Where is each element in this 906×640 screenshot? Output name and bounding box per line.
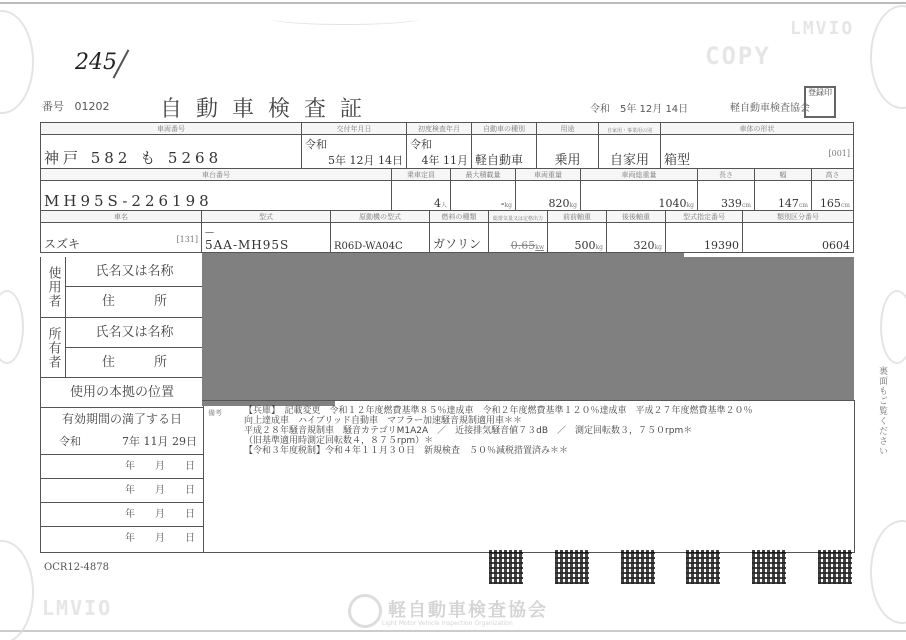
model-cell: — 5AA-MH95S — [202, 223, 331, 253]
issuer-name: 軽自動車検査協会 — [730, 99, 810, 114]
remarks-line-5: 【令和３年度税制】令和４年１１月３０日 新規検査 ５０％減税措置済み＊＊ — [244, 446, 844, 456]
first-inspection-cell: 令和 4年 11月 — [407, 135, 472, 169]
renewal-row-2: 年 月 日 — [41, 479, 203, 503]
body-shape-cell: 箱型 [001] — [661, 135, 854, 169]
chassis-number: MH95S-226198 — [41, 181, 392, 211]
front-axle: 500 — [575, 239, 596, 252]
hdr-rear-axle: 後後軸重 — [607, 211, 666, 223]
issue-era: 令和 — [305, 136, 403, 152]
hdr-body-shape: 車体の形状 — [661, 123, 854, 135]
maker-cell: スズキ [131] — [41, 223, 202, 253]
hdr-issue-date: 交付年月日 — [302, 123, 407, 135]
hdr-first-inspection: 初度検査年月 — [407, 123, 472, 135]
length: 339 — [721, 197, 742, 210]
hdr-plate: 車両番号 — [41, 123, 302, 135]
usage: 乗用 — [537, 135, 599, 169]
height: 165 — [820, 197, 841, 210]
renewal-row-1: 年 月 日 — [41, 455, 203, 479]
hdr-front-axle: 前前軸重 — [548, 211, 607, 223]
capacity-unit: 人 — [441, 202, 447, 209]
type-designation: 19390 — [666, 223, 743, 253]
footer-logo-text: 軽自動車検査協会 — [388, 596, 548, 622]
top-border — [0, 2, 906, 4]
issue-date-value: 5年 12月 14日 — [305, 152, 403, 168]
vehicle-weight-unit: kg — [570, 202, 577, 209]
top-ornament — [270, 12, 420, 25]
serial-number-label: 番号 — [42, 100, 64, 113]
side-ornament-right — [880, 290, 906, 364]
validity-date-row: 令和 7年 11月 29日 — [41, 430, 203, 455]
max-load-cell: -kg — [451, 181, 516, 211]
model: 5AA-MH95S — [205, 238, 327, 252]
hdr-type-designation: 型式指定番号 — [666, 211, 743, 223]
hdr-width: 幅 — [755, 169, 812, 181]
gross-weight: 1040 — [659, 197, 687, 210]
corner-ornament-bottom-right — [870, 520, 906, 624]
hdr-model: 型式 — [202, 211, 331, 223]
hdr-usage: 用途 — [537, 123, 599, 135]
user-label-cell: 使用者 — [41, 257, 66, 318]
owner-section: 使用者 氏名又は名称 住 所 所有者 氏名又は名称 住 所 使用の本拠の位置 — [40, 257, 204, 408]
serial-number: 番号 01202 — [42, 98, 110, 114]
corner-ornament-top-left — [0, 10, 34, 114]
private-commercial: 自家用 — [599, 135, 661, 169]
validity-date: 7年 11月 29日 — [122, 430, 197, 454]
base-location-label: 使用の本拠の位置 — [41, 378, 203, 407]
ocr-code: OCR12-4878 — [44, 562, 109, 573]
row2-table: 車台番号 乗車定員 最大積載量 車両重量 車両総重量 長さ 幅 高さ MH95S… — [40, 168, 854, 211]
side-note: 裏面もご覧ください — [876, 366, 889, 456]
validity-label: 有効期間の満了する日 — [41, 408, 203, 430]
engine-model: R06D-WA04C — [331, 223, 430, 253]
side-ornament-left — [0, 290, 24, 364]
vehicle-class: 軽自動車 — [472, 135, 537, 169]
displacement-cell: 0.65kw — [489, 223, 548, 253]
remarks-label: 備考 — [208, 408, 222, 418]
length-unit: cm — [742, 202, 751, 209]
issue-date-cell: 令和 5年 12月 14日 — [302, 135, 407, 169]
issue-date: 令和 5年 12月 14日 — [590, 100, 688, 115]
model-dash: — — [205, 229, 327, 238]
qr-code-4 — [686, 550, 720, 584]
owner-label: 所有者 — [44, 327, 63, 369]
remarks-line-1: 【兵庫】 記載変更 令和１２年度燃費基準８５％達成車 令和２年度燃費基準１２０％… — [244, 406, 844, 416]
front-axle-cell: 500kg — [548, 223, 607, 253]
validity-era: 令和 — [59, 435, 81, 448]
hdr-capacity: 乗車定員 — [392, 169, 451, 181]
remarks-line-3: 平成２８年騒音規制車 騒音カテゴリM1A2A ／ 近接排気騒音値７３dB ／ 測… — [244, 426, 844, 436]
renewal-date-4: 年 月 日 — [125, 533, 195, 544]
footer-logo-subtitle: Light Motor Vehicle Inspection Organizat… — [382, 620, 513, 627]
height-unit: cm — [841, 202, 850, 209]
qr-code-6 — [818, 550, 852, 584]
owner-address-label: 住 所 — [66, 348, 203, 378]
watermark-lmvio-top: LMVIO — [790, 18, 854, 39]
width-cell: 147cm — [755, 181, 812, 211]
vehicle-weight: 820 — [549, 197, 570, 210]
qr-code-1 — [489, 550, 523, 584]
hdr-maker: 車名 — [41, 211, 202, 223]
fuel: ガソリン — [430, 223, 489, 253]
owner-label-cell: 所有者 — [41, 318, 66, 378]
rear-axle-cell: 320kg — [607, 223, 666, 253]
watermark-lmvio-bottom: LMVIO — [42, 596, 112, 620]
body-shape-code: [001] — [828, 149, 850, 158]
hdr-max-load: 最大積載量 — [451, 169, 516, 181]
remarks-text: 【兵庫】 記載変更 令和１２年度燃費基準８５％達成車 令和２年度燃費基準１２０％… — [244, 406, 844, 456]
qr-code-3 — [621, 550, 655, 584]
displacement-unit: kw — [535, 244, 544, 251]
row1-table: 車両番号 交付年月日 初度検査年月 自動車の種別 用途 自家用・事業用の別 車体… — [40, 122, 854, 169]
remarks-section: 備考 【兵庫】 記載変更 令和１２年度燃費基準８５％達成車 令和２年度燃費基準１… — [202, 400, 855, 553]
qr-code-2 — [555, 550, 589, 584]
remarks-line-4: （旧基準適用時測定回転数４，８７５rpm）＊ — [244, 436, 844, 446]
vehicle-weight-cell: 820kg — [516, 181, 581, 211]
renewal-date-2: 年 月 日 — [125, 485, 195, 496]
footer-logo-icon — [348, 594, 382, 628]
hdr-fuel: 燃料の種類 — [430, 211, 489, 223]
body-shape: 箱型 — [664, 153, 690, 168]
capacity: 4 — [434, 197, 441, 210]
watermark-copy: COPY — [705, 42, 771, 70]
front-axle-unit: kg — [596, 244, 603, 251]
hdr-gross-weight: 車両総重量 — [581, 169, 698, 181]
renewal-row-4: 年 月 日 — [41, 527, 203, 551]
renewal-row-3: 年 月 日 — [41, 503, 203, 527]
serial-number-value: 01202 — [75, 100, 110, 113]
max-load-unit: kg — [505, 202, 512, 209]
corner-ornament-top-right — [870, 5, 906, 109]
maker-code: [131] — [176, 235, 198, 244]
plate-number: 神戸 582 も 5268 — [41, 135, 302, 169]
hdr-vehicle-weight: 車両重量 — [516, 169, 581, 181]
width-unit: cm — [799, 202, 808, 209]
height-cell: 165cm — [812, 181, 854, 211]
hdr-chassis: 車台番号 — [41, 169, 392, 181]
hdr-displacement: 総排気量又は定格出力 — [489, 211, 548, 223]
renewal-date-3: 年 月 日 — [125, 509, 195, 520]
user-name-label: 氏名又は名称 — [66, 257, 203, 287]
gross-weight-cell: 1040kg — [581, 181, 698, 211]
bottom-border — [0, 630, 906, 632]
displacement: 0.65 — [511, 239, 536, 252]
rear-axle: 320 — [634, 239, 655, 252]
qr-code-5 — [752, 550, 786, 584]
first-inspection-era: 令和 — [410, 136, 468, 152]
maker: スズキ — [44, 237, 80, 251]
hdr-category-number: 類別区分番号 — [743, 211, 854, 223]
owner-name-label: 氏名又は名称 — [66, 318, 203, 348]
user-address-label: 住 所 — [66, 287, 203, 318]
length-cell: 339cm — [698, 181, 755, 211]
first-inspection-value: 4年 11月 — [410, 152, 468, 168]
hdr-length: 長さ — [698, 169, 755, 181]
rear-axle-unit: kg — [655, 244, 662, 251]
document-title: 自動車検査証 — [160, 92, 376, 123]
validity-section: 有効期間の満了する日 令和 7年 11月 29日 年 月 日 年 月 日 年 月… — [40, 407, 204, 553]
width: 147 — [778, 197, 799, 210]
renewal-date-1: 年 月 日 — [125, 461, 195, 472]
handwritten-number: 245 — [75, 50, 117, 75]
gross-weight-unit: kg — [687, 202, 694, 209]
category-number: 0604 — [743, 223, 854, 253]
official-seal: 登録印 — [804, 86, 836, 118]
user-label: 使用者 — [44, 266, 63, 308]
hdr-private-commercial: 自家用・事業用の別 — [599, 123, 661, 135]
row3-table: 車名 型式 原動機の型式 燃料の種類 総排気量又は定格出力 前前軸重 後後軸重 … — [40, 210, 854, 253]
hdr-engine: 原動機の型式 — [331, 211, 430, 223]
remarks-line-2: 向上達成車 ハイブリッド自動車 マフラー加速騒音規制適用車＊＊ — [244, 416, 844, 426]
capacity-cell: 4人 — [392, 181, 451, 211]
redacted-owner-info — [202, 257, 854, 400]
hdr-height: 高さ — [812, 169, 854, 181]
corner-ornament-bottom-left — [0, 540, 34, 640]
hdr-vehicle-class: 自動車の種別 — [472, 123, 537, 135]
